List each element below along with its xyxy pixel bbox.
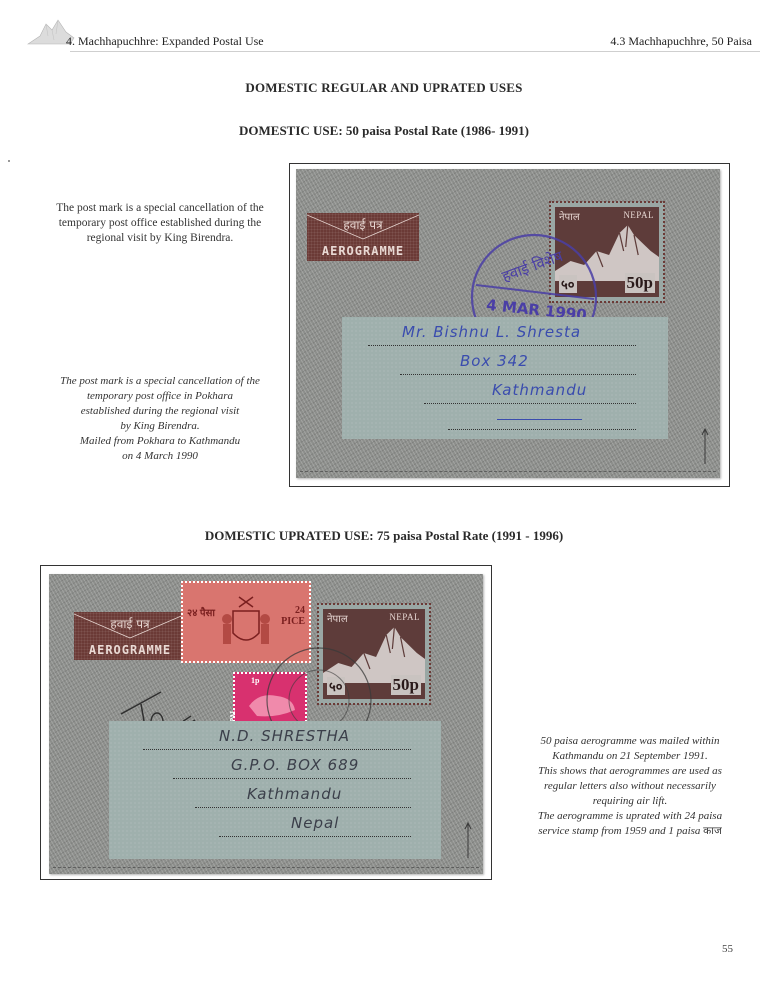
aerogramme-cover-2: हवाई पत्र AEROGRAMME २४ पैसा 24 PICE नेप… — [40, 565, 492, 880]
address-line-2: G.P.O. BOX 689 — [231, 756, 359, 774]
address-panel: N.D. SHRESTHA G.P.O. BOX 689 Kathmandu N… — [109, 721, 441, 859]
address-line-3: Kathmandu — [247, 785, 342, 803]
fold-arrow-icon — [463, 820, 473, 860]
fold-arrow-icon — [700, 426, 710, 466]
address-line-1: N.D. SHRESTHA — [219, 727, 350, 745]
chapter-title: 4. Machhapuchhre: Expanded Postal Use — [66, 34, 264, 49]
page-title: DOMESTIC REGULAR AND UPRATED USES — [0, 80, 768, 96]
section1-title: DOMESTIC USE: 50 paisa Postal Rate (1986… — [0, 123, 768, 139]
aerogramme-sheet: हवाई पत्र AEROGRAMME २४ पैसा 24 PICE नेप… — [49, 574, 483, 874]
address-line-4: Nepal — [291, 814, 339, 832]
aerogramme-label: हवाई पत्र AEROGRAMME — [74, 612, 186, 660]
aerogramme-label: हवाई पत्र AEROGRAMME — [307, 213, 419, 261]
address-line-3: Kathmandu — [492, 381, 587, 399]
svg-text:To: To — [111, 684, 113, 685]
section1-italic-note: The post mark is a special cancellation … — [40, 374, 280, 464]
scan-speck — [8, 160, 10, 162]
address-line-1: Mr. Bishnu L. Shresta — [402, 323, 581, 341]
svg-text:हवाई विशेष: हवाई विशेष — [499, 247, 565, 286]
page-number: 55 — [722, 943, 733, 955]
fold-line — [300, 471, 716, 472]
address-line-2: Box 342 — [460, 352, 529, 370]
address-panel: Mr. Bishnu L. Shresta Box 342 Kathmandu — [342, 317, 668, 439]
aerogramme-cover-1: हवाई पत्र AEROGRAMME नेपाल NEPAL ५० 50p … — [289, 163, 730, 487]
section2-italic-note: 50 paisa aerogramme was mailed within Ka… — [500, 734, 760, 839]
section1-note: The post mark is a special cancellation … — [40, 201, 280, 246]
fold-line — [53, 867, 479, 868]
aerogramme-sheet: हवाई पत्र AEROGRAMME नेपाल NEPAL ५० 50p … — [296, 169, 720, 478]
section-title: 4.3 Machhapuchhre, 50 Paisa — [610, 34, 752, 49]
section2-title: DOMESTIC UPRATED USE: 75 paisa Postal Ra… — [0, 528, 768, 544]
header-divider — [70, 51, 760, 52]
